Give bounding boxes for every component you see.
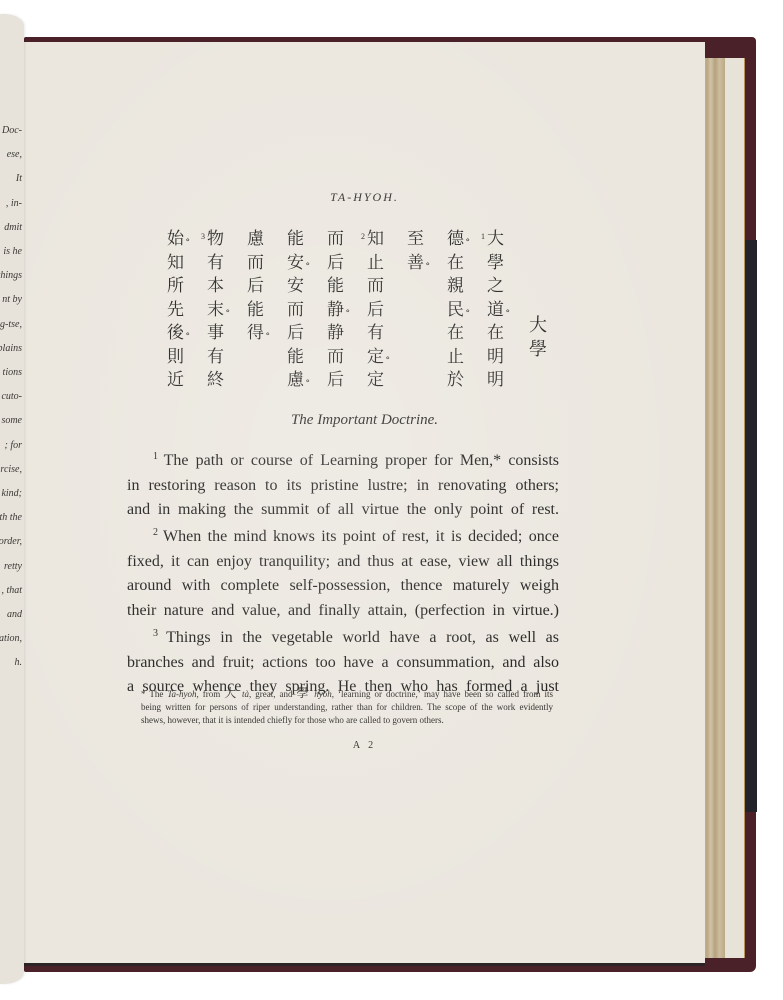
previous-page-text-fragment: h.	[15, 657, 23, 668]
chinese-column: 3物有本末事有終	[207, 228, 224, 393]
footnote: * The Ta-hyoh, from 大 tà, great, and 學 h…	[141, 687, 553, 727]
cjk-char: 安	[287, 275, 304, 299]
cjk-char: 能	[327, 275, 344, 299]
previous-page-text-fragment: cuto-	[1, 391, 22, 402]
cjk-char: 民	[447, 299, 464, 323]
cjk-char: 静	[327, 299, 344, 323]
chinese-column: 而后能静静而后	[327, 228, 344, 393]
text-line: 1 The path or course of Learning proper …	[127, 445, 559, 474]
cover-dark-edge	[744, 240, 757, 812]
paragraph: 3 Things in the vegetable world have a r…	[127, 622, 559, 700]
cjk-char: 定	[367, 346, 384, 370]
previous-page-text-fragment: tions	[3, 367, 22, 378]
cjk-char: 知	[167, 252, 184, 276]
cjk-char: 能	[287, 228, 304, 252]
previous-page-curl: Doc-ese,It, in-dmitis hethingsnt byng-ts…	[0, 14, 24, 984]
cjk-char: 至	[407, 228, 424, 252]
cjk-char: 之	[487, 275, 504, 299]
verse-number: 2	[361, 225, 365, 249]
previous-page-text-fragment: ng-tse,	[0, 319, 22, 330]
chinese-column: 2知止而后有定定	[367, 228, 384, 393]
signature-mark: A 2	[24, 740, 705, 751]
previous-page-text-fragment: nt by	[2, 294, 22, 305]
previous-page-text-fragment: , that	[1, 585, 22, 596]
cjk-char: 學	[487, 252, 504, 276]
cjk-char: 得	[247, 322, 264, 346]
previous-page-text-fragment: retty	[4, 561, 22, 572]
cjk-char: 而	[247, 252, 264, 276]
previous-page-text-fragment: plains	[0, 343, 22, 354]
cjk-char: 道	[487, 299, 504, 323]
section-title: The Important Doctrine.	[24, 412, 705, 429]
paragraph: 1 The path or course of Learning proper …	[127, 445, 559, 523]
cjk-char: 終	[207, 369, 224, 393]
endpaper-strip	[725, 58, 745, 958]
cjk-char: 德	[447, 228, 464, 252]
previous-page-text-fragment: ; for	[5, 440, 23, 451]
cjk-char: 大	[487, 228, 504, 252]
cjk-char: 知	[367, 228, 384, 252]
previous-page-text-fragment: ese,	[7, 149, 22, 160]
cjk-char: 明	[487, 369, 504, 393]
previous-page-text-fragment: things	[0, 270, 22, 281]
cjk-char: 后	[327, 369, 344, 393]
text-line: their nature and value, and finally atta…	[127, 599, 559, 624]
previous-page-text-fragment: some	[1, 415, 22, 426]
text-line: fixed, it can enjoy tranquility; and thu…	[127, 550, 559, 575]
cjk-char: 在	[487, 322, 504, 346]
cjk-char: 慮	[287, 369, 304, 393]
paragraph-number: 1	[153, 451, 164, 462]
previous-page-text-fragment: Doc-	[2, 125, 22, 136]
cjk-char: 后	[327, 252, 344, 276]
previous-page-text-fragment: ation,	[0, 633, 22, 644]
cjk-char: 於	[447, 369, 464, 393]
text-line: and in making the summit of all virtue t…	[127, 498, 559, 523]
chinese-heading: 大學	[529, 314, 547, 361]
cjk-char: 學	[297, 686, 311, 700]
cjk-char: 而	[287, 299, 304, 323]
cjk-char: 末	[207, 299, 224, 323]
previous-page-text-fragment: order,	[0, 536, 22, 547]
cjk-char: 而	[367, 275, 384, 299]
chinese-column: 德在親民在止於	[447, 228, 464, 393]
cjk-char: 止	[447, 346, 464, 370]
cjk-char: 能	[247, 299, 264, 323]
text-line: 3 Things in the vegetable world have a r…	[127, 622, 559, 651]
cjk-char: 安	[287, 252, 304, 276]
cjk-char: 學	[529, 338, 547, 362]
cjk-char: 物	[207, 228, 224, 252]
cjk-char: 善	[407, 252, 424, 276]
cjk-char: 在	[447, 252, 464, 276]
cjk-char: 大	[529, 314, 547, 338]
cjk-char: 定	[367, 369, 384, 393]
verse-number: 3	[201, 225, 205, 249]
cjk-char: 有	[207, 252, 224, 276]
cjk-char: 本	[207, 275, 224, 299]
cjk-char: 近	[167, 369, 184, 393]
previous-page-text-fragment: It	[16, 173, 22, 184]
previous-page-text-fragment: rcise,	[0, 464, 22, 475]
previous-page-text-fragment: is he	[3, 246, 22, 257]
cjk-char: 有	[367, 322, 384, 346]
text-line: a source whence they spring. He then who…	[127, 675, 559, 700]
chinese-column: 慮而后能得	[247, 228, 264, 346]
cjk-char: 后	[287, 322, 304, 346]
chinese-text-block: 大學1大學之道在明明德在親民在止於至善2知止而后有定定而后能静静而后能安安而后能…	[144, 228, 564, 428]
text-line: branches and fruit; actions too have a c…	[127, 651, 559, 676]
paragraph: 2 When the mind knows its point of rest,…	[127, 521, 559, 623]
chinese-column: 能安安而后能慮	[287, 228, 304, 393]
chinese-column: 至善	[407, 228, 424, 275]
previous-page-text-fragment: dmit	[4, 222, 22, 233]
chinese-column: 始知所先後則近	[167, 228, 184, 393]
cjk-char: 而	[327, 228, 344, 252]
chinese-column: 1大學之道在明明	[487, 228, 504, 393]
book-page: TA-HYOH. 大學1大學之道在明明德在親民在止於至善2知止而后有定定而后能静…	[24, 42, 705, 966]
cjk-char: 止	[367, 252, 384, 276]
previous-page-text-fragment: and	[7, 609, 22, 620]
cjk-char: 事	[207, 322, 224, 346]
cjk-char: 后	[367, 299, 384, 323]
paragraph-number: 2	[153, 527, 163, 538]
cjk-char: 先	[167, 299, 184, 323]
text-line: around with complete self-possession, th…	[127, 574, 559, 599]
cjk-char: 始	[167, 228, 184, 252]
cjk-char: 静	[327, 322, 344, 346]
text-line: 2 When the mind knows its point of rest,…	[127, 521, 559, 550]
cjk-char: 慮	[247, 228, 264, 252]
footnote-line: shews, however, that it is intended chie…	[141, 714, 553, 727]
verse-number: 1	[481, 225, 485, 249]
text-line: in restoring reason to its pristine lust…	[127, 474, 559, 499]
cjk-char: 後	[167, 322, 184, 346]
cjk-char: 大	[224, 686, 238, 700]
cjk-char: 能	[287, 346, 304, 370]
footnote-line: * The Ta-hyoh, from 大 tà, great, and 學 h…	[141, 687, 553, 701]
running-title: TA-HYOH.	[24, 190, 705, 205]
cjk-char: 明	[487, 346, 504, 370]
cjk-char: 而	[327, 346, 344, 370]
paragraph-number: 3	[153, 628, 166, 639]
previous-page-text-fragment: , in-	[6, 198, 22, 209]
previous-page-text-fragment: th the	[0, 512, 22, 523]
cjk-char: 有	[207, 346, 224, 370]
cjk-char: 在	[447, 322, 464, 346]
cjk-char: 所	[167, 275, 184, 299]
previous-page-text-fragment: kind;	[1, 488, 22, 499]
cjk-char: 后	[247, 275, 264, 299]
footnote-line: being written for persons of riper under…	[141, 701, 553, 714]
cjk-char: 親	[447, 275, 464, 299]
page-block-edges	[703, 58, 725, 958]
cjk-char: 則	[167, 346, 184, 370]
